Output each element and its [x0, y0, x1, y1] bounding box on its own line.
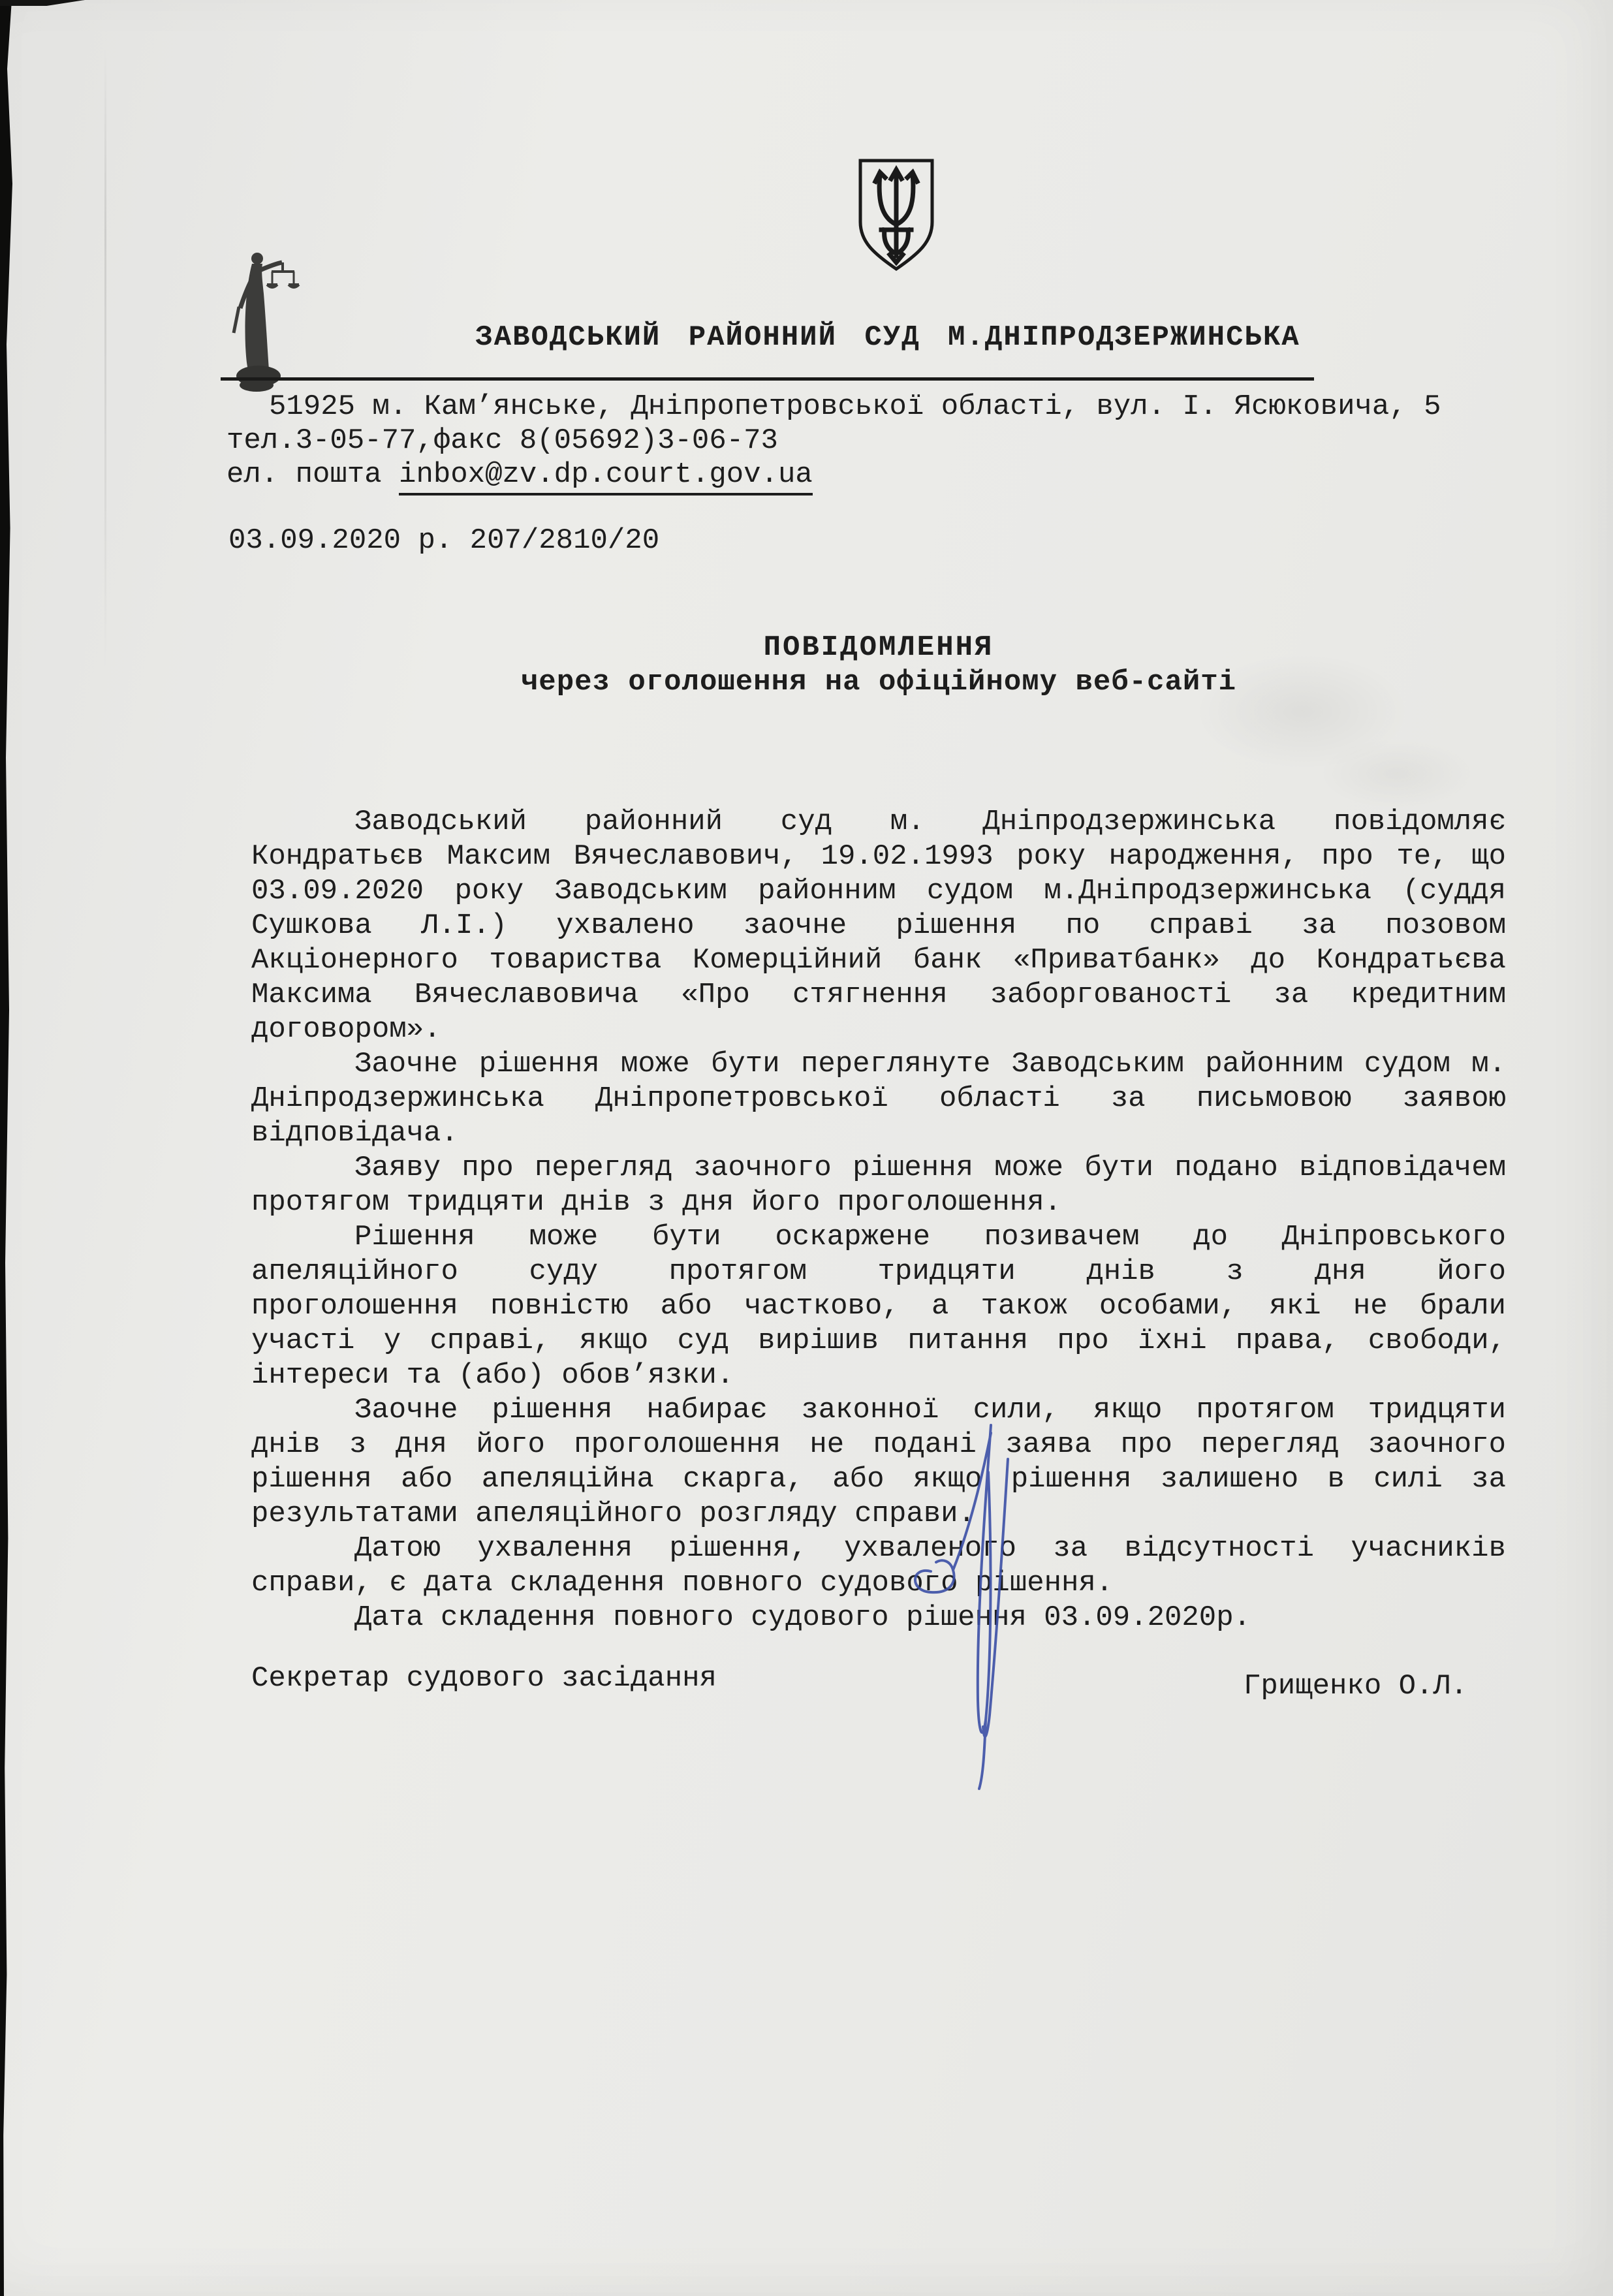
- body-line: договором».: [251, 1013, 1506, 1047]
- ukraine-coat-of-arms-icon: [854, 157, 939, 275]
- notice-title: ПОВІДОМЛЕННЯ: [251, 631, 1506, 664]
- body-line: Заочне рішення може бути переглянуте Зав…: [251, 1047, 1506, 1082]
- body-line: інтереси та (або) обов’язки.: [251, 1359, 1506, 1393]
- lady-justice-icon: [221, 248, 305, 393]
- body-line: Заочне рішення набирає законної сили, як…: [251, 1393, 1506, 1428]
- body-line: Дніпродзержинська Дніпропетровської обла…: [251, 1082, 1506, 1116]
- body-line: протягом тридцяти днів з дня його прогол…: [251, 1186, 1506, 1220]
- body-line: відповідача.: [251, 1116, 1506, 1151]
- body-line: Рішення може бути оскаржене позивачем до…: [251, 1220, 1506, 1255]
- body-line: апеляційного суду протягом тридцяти днів…: [251, 1255, 1506, 1289]
- body-line: Заяву про перегляд заочного рішення може…: [251, 1151, 1506, 1186]
- court-phone-fax: тел.3-05-77,факс 8(05692)3-06-73: [227, 424, 778, 457]
- body-line: Кондратьєв Максим Вячеславович, 19.02.19…: [251, 840, 1506, 874]
- body-line: Заводський районний суд м. Дніпродзержин…: [251, 805, 1506, 840]
- body-line: участі у справі, якщо суд вирішив питанн…: [251, 1324, 1506, 1359]
- body-line: проголошення повністю або частково, а та…: [251, 1289, 1506, 1324]
- reference-line: 03.09.2020 р. 207/2810/20: [228, 524, 659, 557]
- body-line: Дата складення повного судового рішення …: [251, 1601, 1506, 1635]
- notice-subtitle: через оголошення на офіційному веб-сайті: [251, 666, 1506, 699]
- body-text: Заводський районний суд м. Дніпродзержин…: [251, 805, 1506, 1635]
- signature-name: Грищенко О.Л.: [1244, 1670, 1467, 1703]
- body-line: днів з дня його проголошення не подані з…: [251, 1428, 1506, 1462]
- scan-edge-artifact: [0, 0, 85, 6]
- header-divider: [221, 377, 1314, 381]
- email-label: ел. пошта: [227, 458, 382, 491]
- scan-smudge: [1319, 738, 1475, 810]
- body-line: справи, є дата складення повного судовог…: [251, 1566, 1506, 1601]
- body-line: Максима Вячеславовича «Про стягнення заб…: [251, 978, 1506, 1013]
- scan-edge-artifact: [0, 0, 13, 2296]
- body-line: 03.09.2020 року Заводським районним судо…: [251, 874, 1506, 909]
- body-line: результатами апеляційного розгляду справ…: [251, 1497, 1506, 1532]
- body-line: рішення або апеляційна скарга, або якщо …: [251, 1462, 1506, 1497]
- scanned-document-page: ЗАВОДСЬКИЙ РАЙОННИЙ СУД М.ДНІПРОДЗЕРЖИНС…: [0, 0, 1613, 2296]
- court-email-line: ел. пошта inbox@zv.dp.court.gov.ua: [227, 458, 813, 491]
- email-address: inbox@zv.dp.court.gov.ua: [399, 458, 813, 495]
- body-line: Датою ухвалення рішення, ухваленого за в…: [251, 1532, 1506, 1566]
- paper-crease: [104, 46, 106, 672]
- body-line: Сушкова Л.І.) ухвалено заочне рішення по…: [251, 909, 1506, 943]
- court-name-heading: ЗАВОДСЬКИЙ РАЙОННИЙ СУД М.ДНІПРОДЗЕРЖИНС…: [264, 321, 1511, 354]
- court-address: 51925 м. Кам’янське, Дніпропетровської о…: [269, 390, 1441, 423]
- body-line: Акціонерного товариства Комерційний банк…: [251, 943, 1506, 978]
- signature-role: Секретар судового засідання: [251, 1662, 717, 1695]
- handwritten-signature-icon: [893, 1420, 1043, 1795]
